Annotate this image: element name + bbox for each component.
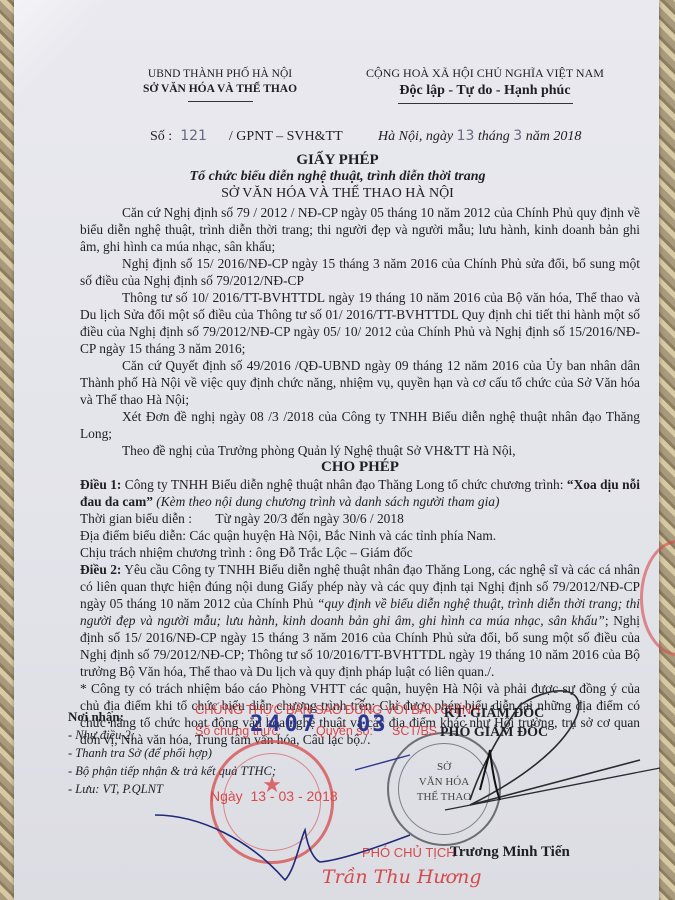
authority-parent: UBND THÀNH PHỐ HÀ NỘI bbox=[130, 68, 310, 80]
signer-name: Trương Minh Tiến bbox=[450, 844, 570, 861]
date-month: 3 bbox=[513, 128, 522, 144]
performance-place: Địa điểm biểu diễn: Các quận huyện Hà Nộ… bbox=[80, 527, 640, 544]
seal-line: VĂN HÓA bbox=[389, 775, 499, 790]
responsible-value: ông Đỗ Trắc Lộc – Giám đốc bbox=[252, 545, 412, 560]
document-subtitle: Tổ chức biểu diễn nghệ thuật, trình diễn… bbox=[0, 169, 675, 185]
article-1-text: Công ty TNHH Biểu diễn nghệ thuật nhân đ… bbox=[121, 477, 567, 492]
document-date: Hà Nội, ngày 13 tháng 3 năm 2018 bbox=[378, 128, 581, 145]
seal-line: THỂ THAO bbox=[389, 790, 499, 805]
national-motto: CỘNG HOÀ XÃ HỘI CHỦ NGHĨA VIỆT NAM Độc l… bbox=[365, 66, 605, 104]
preamble-3: Thông tư số 10/ 2016/TT-BVHTTDL ngày 19 … bbox=[80, 289, 640, 357]
signer-authority: KT. GIÁM ĐỐC bbox=[440, 704, 548, 723]
document-body: Căn cứ Nghị định số 79 / 2012 / NĐ-CP ng… bbox=[80, 204, 640, 748]
article-2: Điều 2: Yêu cầu Công ty TNHH Biểu diễn n… bbox=[80, 561, 640, 680]
date-prefix: Hà Nội, ngày bbox=[378, 129, 453, 144]
article-1: Điều 1: Công ty TNHH Biểu diễn nghệ thuậ… bbox=[80, 476, 640, 510]
document-title: GIẤY PHÉP bbox=[0, 152, 675, 169]
document-issuer: SỞ VĂN HÓA VÀ THỂ THAO HÀ NỘI bbox=[0, 186, 675, 202]
authority-name: SỞ VĂN HÓA VÀ THỂ THAO bbox=[130, 83, 310, 95]
preamble-4: Căn cứ Quyết định số 49/2016 /QĐ-UBND ng… bbox=[80, 357, 640, 408]
time-label: Thời gian biểu diễn : bbox=[80, 511, 192, 526]
number-suffix: / GPNT – SVH&TT bbox=[229, 129, 343, 144]
preamble-2: Nghị định số 15/ 2016/NĐ-CP ngày 15 thán… bbox=[80, 255, 640, 289]
permit-heading: CHO PHÉP bbox=[80, 459, 640, 476]
issuing-authority: UBND THÀNH PHỐ HÀ NỘI SỞ VĂN HÓA VÀ THỂ … bbox=[130, 68, 310, 102]
time-value: Từ ngày 20/3 đến ngày 30/6 / 2018 bbox=[215, 511, 403, 526]
date-value: 13 - 03 - 2018 bbox=[250, 788, 337, 804]
place-value: Các quận huyện Hà Nội, Bắc Ninh và các t… bbox=[186, 528, 496, 543]
responsible-label: Chịu trách nhiệm chương trình : bbox=[80, 545, 252, 560]
preamble-1: Căn cứ Nghị định số 79 / 2012 / NĐ-CP ng… bbox=[80, 204, 640, 255]
cert-number: 2407 bbox=[250, 712, 319, 737]
country-name: CỘNG HOÀ XÃ HỘI CHỦ NGHĨA VIỆT NAM bbox=[365, 66, 605, 81]
signature-block: KT. GIÁM ĐỐC PHÓ GIÁM ĐỐC bbox=[440, 704, 548, 742]
preamble-5: Xét Đơn đề nghị ngày 08 /3 /2018 của Côn… bbox=[80, 408, 640, 442]
header-rule-left bbox=[188, 101, 253, 102]
number-label: Số : bbox=[150, 129, 172, 144]
folded-corner bbox=[14, 0, 104, 120]
motto: Độc lập - Tự do - Hạnh phúc bbox=[365, 83, 605, 99]
department-seal: SỞ VĂN HÓA THỂ THAO bbox=[387, 732, 501, 846]
header-rule-right bbox=[398, 103, 573, 104]
book-suffix: SCT/BS bbox=[392, 724, 437, 738]
certifier-title: PHÓ CHỦ TỊCH bbox=[362, 845, 456, 860]
program-responsible: Chịu trách nhiệm chương trình : ông Đỗ T… bbox=[80, 544, 640, 561]
date-label: Ngày bbox=[210, 788, 243, 804]
date-year: năm 2018 bbox=[526, 129, 582, 144]
signer-title: PHÓ GIÁM ĐỐC bbox=[440, 723, 548, 742]
book-number: 03 bbox=[357, 712, 388, 737]
seal-text: SỞ VĂN HÓA THỂ THAO bbox=[389, 760, 499, 805]
article-1-label: Điều 1: bbox=[80, 477, 121, 492]
seal-line: SỞ bbox=[389, 760, 499, 775]
performance-time: Thời gian biểu diễn : Từ ngày 20/3 đến n… bbox=[80, 510, 640, 527]
date-day: 13 bbox=[457, 128, 475, 144]
certification-title: CHỨNG THỰC BẢN SAO ĐÚNG VỚI BẢN CHÍNH bbox=[195, 702, 480, 717]
number-handwritten: 121 bbox=[180, 128, 207, 144]
article-2-label: Điều 2: bbox=[80, 562, 121, 577]
article-1-note: (Kèm theo nội dung chương trình và danh … bbox=[153, 494, 500, 509]
place-label: Địa điểm biểu diễn: bbox=[80, 528, 186, 543]
certifier-name: Trần Thu Hương bbox=[322, 866, 482, 888]
preamble-6: Theo đề nghị của Trưởng phòng Quản lý Ng… bbox=[80, 442, 640, 459]
document-number: Số :121/ GPNT – SVH&TT bbox=[150, 128, 343, 145]
date-month-label: tháng bbox=[478, 129, 510, 144]
certification-date: Ngày 13 - 03 - 2018 bbox=[210, 788, 338, 804]
